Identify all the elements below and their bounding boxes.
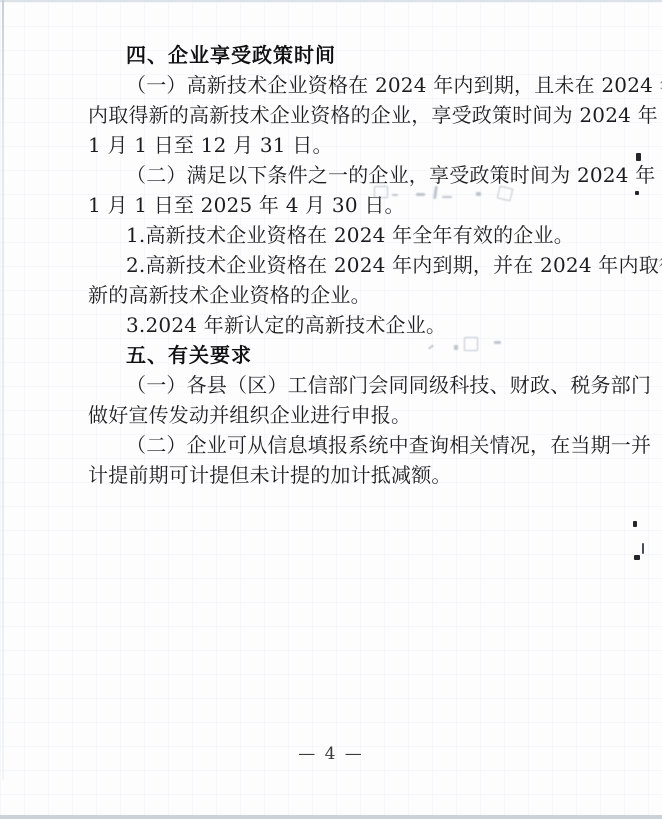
list-item-3: 3.2024 年新认定的高新技术企业。 (88, 310, 588, 340)
scan-edge-left (2, 0, 4, 780)
paragraph-line: 新的高新技术企业资格的企业。 (88, 280, 588, 310)
section-heading-requirements: 五、有关要求 (88, 340, 588, 370)
paragraph-line: 做好宣传发动并组织企业进行申报。 (88, 400, 588, 430)
paragraph-line: 计提前期可计提但未计提的加计抵减额。 (88, 460, 588, 490)
scan-speck (635, 191, 639, 195)
ink-bleed-smudge (428, 336, 508, 354)
scan-edge-top (0, 0, 662, 2)
scan-speck (633, 521, 637, 527)
paragraph-line: （一）高新技术企业资格在 2024 年内到期，且未在 2024 年 (88, 70, 588, 100)
ink-bleed-smudge (372, 184, 522, 204)
paragraph-line: （一）各县（区）工信部门会同同级科技、财政、税务部门 (88, 370, 588, 400)
list-item-1: 1.高新技术企业资格在 2024 年全年有效的企业。 (88, 220, 588, 250)
list-item-2: 2.高新技术企业资格在 2024 年内到期，并在 2024 年内取得 (88, 250, 588, 280)
paragraph-line: 内取得新的高新技术企业资格的企业，享受政策时间为 2024 年 (88, 100, 588, 130)
scan-speck (634, 555, 640, 560)
document-body: 四、企业享受政策时间 （一）高新技术企业资格在 2024 年内到期，且未在 20… (88, 40, 588, 490)
scan-speck (642, 543, 644, 554)
scan-edge-bottom (0, 815, 662, 819)
paragraph-line: （二）企业可从信息填报系统中查询相关情况，在当期一并 (88, 430, 588, 460)
paragraph-line: 1 月 1 日至 12 月 31 日。 (88, 130, 588, 160)
page-number: — 4 — (0, 744, 662, 764)
scan-speck (636, 153, 641, 161)
scanned-document-page: 四、企业享受政策时间 （一）高新技术企业资格在 2024 年内到期，且未在 20… (0, 0, 662, 819)
section-heading-enjoy-policy-time: 四、企业享受政策时间 (88, 40, 588, 70)
